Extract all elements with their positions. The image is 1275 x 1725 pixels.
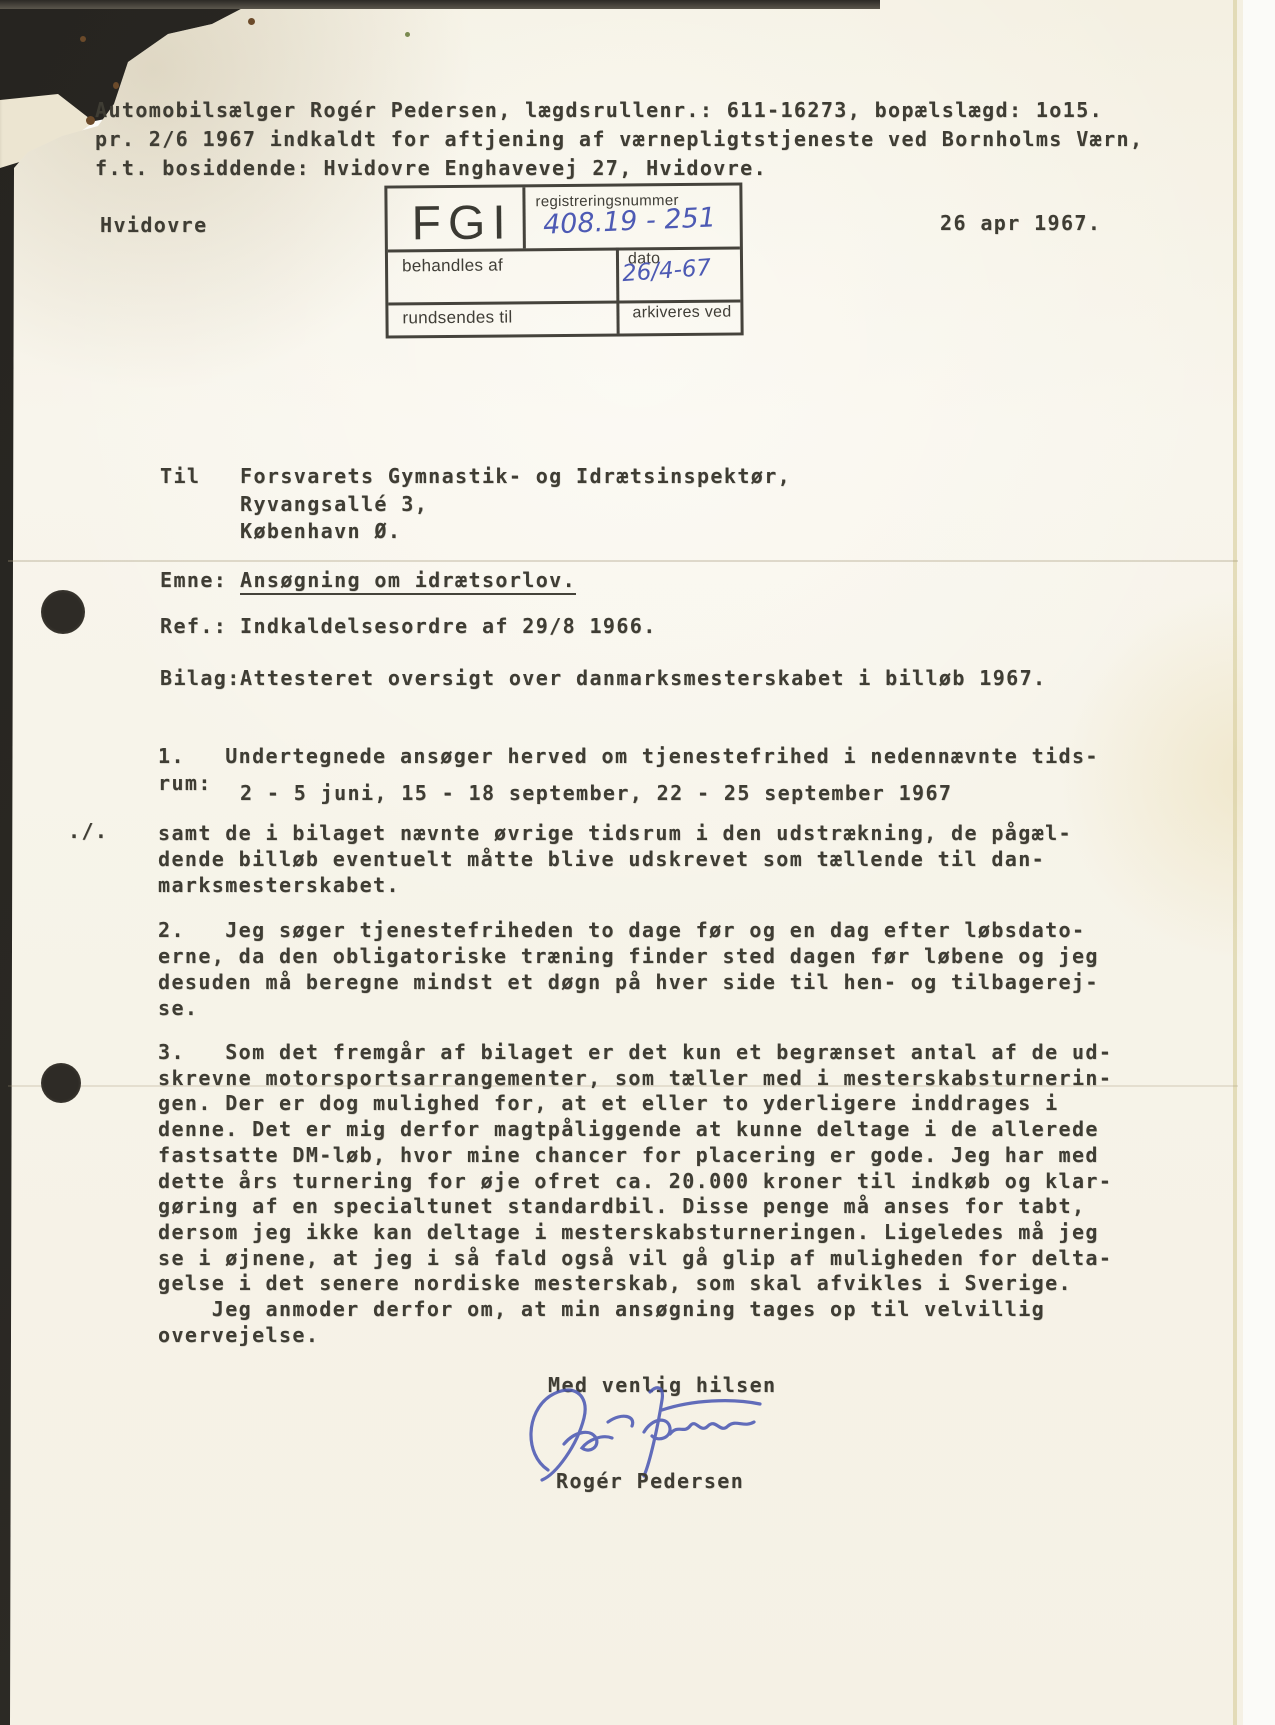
punch-hole-top bbox=[41, 590, 85, 634]
place-line: Hvidovre bbox=[100, 212, 208, 238]
recipient-label: Til bbox=[160, 463, 200, 489]
paragraph-3: 3. Som det fremgår af bilaget er det kun… bbox=[158, 1040, 1112, 1348]
paragraph-1-rest: samt de i bilaget nævnte øvrige tidsrum … bbox=[158, 820, 1072, 898]
paper-speck bbox=[113, 82, 119, 89]
signature-typed-name: Rogér Pedersen bbox=[556, 1468, 744, 1494]
subject-label: Emne: bbox=[160, 567, 227, 593]
ref-value: Indkaldelsesordre af 29/8 1966. bbox=[240, 613, 657, 639]
fold-crease-upper bbox=[8, 560, 1238, 562]
subject-underlined-text: Ansøgning om idrætsorlov. bbox=[240, 568, 576, 595]
paragraph-2: 2. Jeg søger tjenestefriheden to dage fø… bbox=[158, 917, 1099, 1021]
behandles-label: behandles af bbox=[402, 256, 503, 277]
stamp-divider bbox=[616, 248, 620, 334]
subject-value: Ansøgning om idrætsorlov. bbox=[240, 567, 576, 593]
punch-hole-bottom bbox=[41, 1063, 81, 1103]
paper-speck bbox=[80, 36, 86, 42]
rundsendes-label: rundsendes til bbox=[402, 307, 512, 328]
arkiveres-label: arkiveres ved bbox=[632, 304, 731, 323]
bilag-value: Attesteret oversigt over danmarksmesters… bbox=[240, 665, 1046, 691]
enclosure-mark: ./. bbox=[68, 818, 108, 844]
top-edge-shadow bbox=[0, 0, 880, 9]
stamp-divider bbox=[522, 187, 526, 248]
requested-dates-line: 2 - 5 juni, 15 - 18 september, 22 - 25 s… bbox=[240, 780, 952, 806]
paper-speck bbox=[248, 18, 255, 25]
recipient-address: Forsvarets Gymnastik- og Idrætsinspektør… bbox=[240, 463, 791, 546]
ref-label: Ref.: bbox=[160, 613, 227, 639]
scanned-letter-page: Automobilsælger Rogér Pedersen, lægdsrul… bbox=[0, 0, 1275, 1725]
date-line: 26 apr 1967. bbox=[940, 210, 1101, 236]
sender-header: Automobilsælger Rogér Pedersen, lægdsrul… bbox=[95, 96, 1143, 183]
paper-right-edge bbox=[1233, 0, 1237, 1725]
fgi-logo: FGI bbox=[411, 195, 512, 251]
paper-speck bbox=[405, 32, 410, 37]
paper-speck bbox=[86, 116, 95, 125]
bilag-label: Bilag: bbox=[160, 665, 241, 691]
